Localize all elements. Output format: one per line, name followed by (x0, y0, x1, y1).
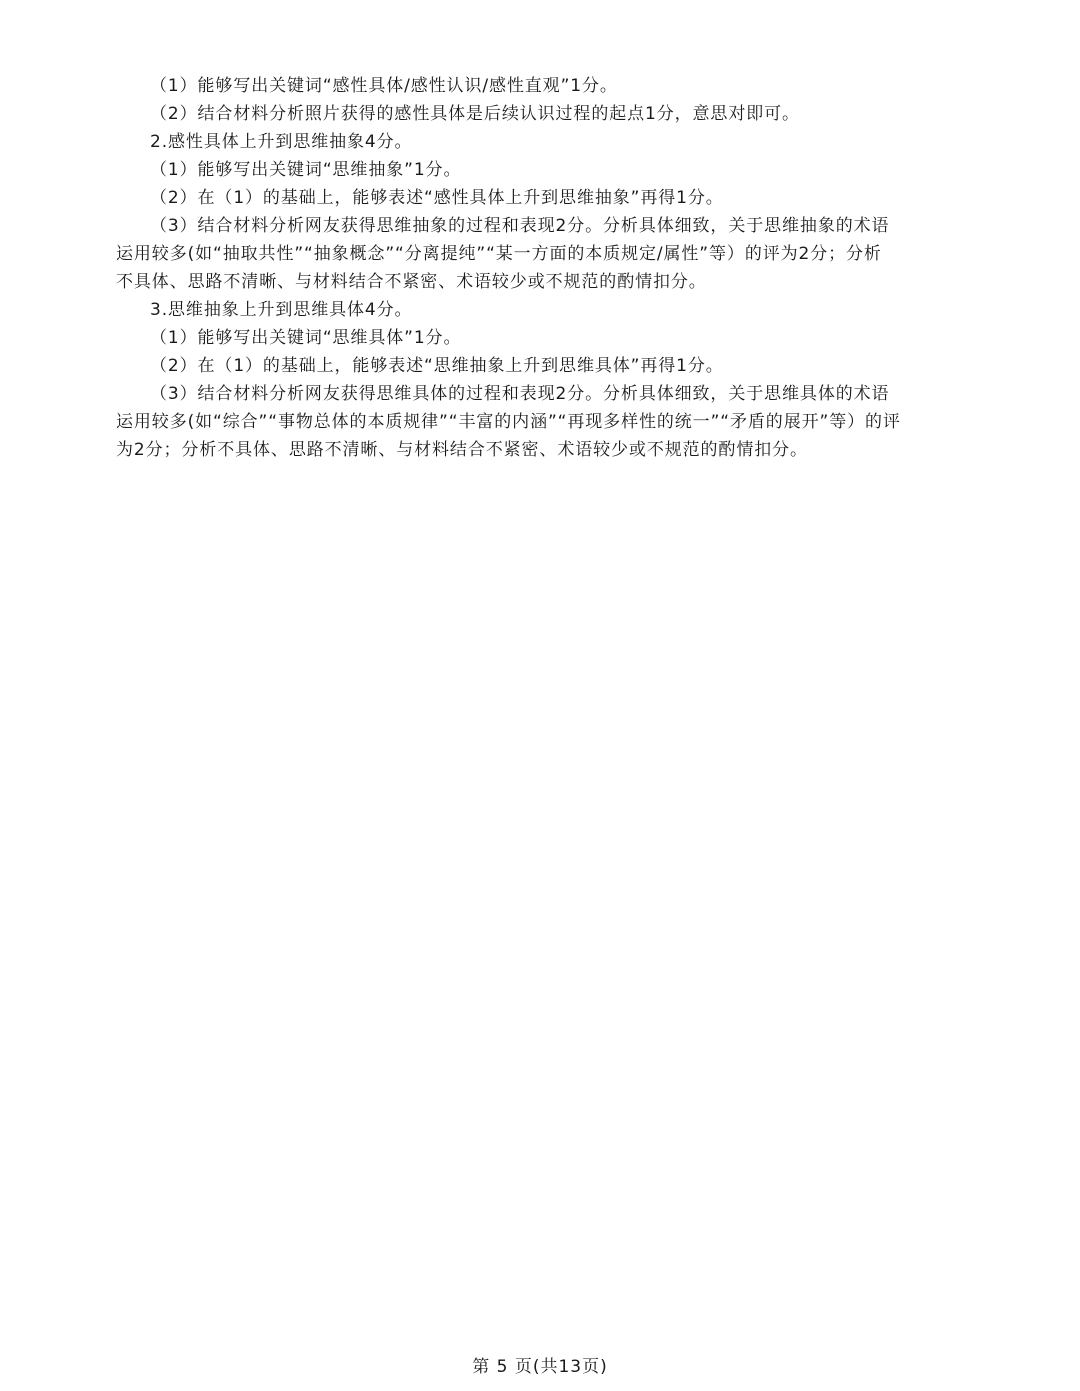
criterion-3-2: （2）在（1）的基础上，能够表述“思维抽象上升到思维具体”再得1分。 (116, 352, 966, 380)
criterion-1-1: （1）能够写出关键词“感性具体/感性认识/感性直观”1分。 (116, 72, 966, 100)
criterion-2-3-paragraph: （3）结合材料分析网友获得思维抽象的过程和表现2分。分析具体细致，关于思维抽象的… (116, 212, 966, 296)
criterion-2-3-line-1: （3）结合材料分析网友获得思维抽象的过程和表现2分。分析具体细致，关于思维抽象的… (116, 212, 966, 240)
document-page: （1）能够写出关键词“感性具体/感性认识/感性直观”1分。 （2）结合材料分析照… (0, 0, 1080, 1391)
criterion-3-1: （1）能够写出关键词“思维具体”1分。 (116, 324, 966, 352)
criterion-2-1: （1）能够写出关键词“思维抽象”1分。 (116, 156, 966, 184)
section-3-heading: 3.思维抽象上升到思维具体4分。 (116, 296, 966, 324)
criterion-3-3-paragraph: （3）结合材料分析网友获得思维具体的过程和表现2分。分析具体细致，关于思维具体的… (116, 380, 966, 464)
criterion-2-3-line-2: 运用较多(如“抽取共性”“抽象概念”“分离提纯”“某一方面的本质规定/属性”等）… (116, 240, 966, 268)
criterion-2-2: （2）在（1）的基础上，能够表述“感性具体上升到思维抽象”再得1分。 (116, 184, 966, 212)
criterion-3-3-line-2: 运用较多(如“综合”“事物总体的本质规律”“丰富的内涵”“再现多样性的统一”“矛… (116, 408, 966, 436)
scoring-criteria: （1）能够写出关键词“感性具体/感性认识/感性直观”1分。 （2）结合材料分析照… (116, 72, 966, 464)
criterion-2-3-line-3: 不具体、思路不清晰、与材料结合不紧密、术语较少或不规范的酌情扣分。 (116, 268, 966, 296)
criterion-1-2: （2）结合材料分析照片获得的感性具体是后续认识过程的起点1分，意思对即可。 (116, 100, 966, 128)
section-2-heading: 2.感性具体上升到思维抽象4分。 (116, 128, 966, 156)
criterion-3-3-line-1: （3）结合材料分析网友获得思维具体的过程和表现2分。分析具体细致，关于思维具体的… (116, 380, 966, 408)
criterion-3-3-line-3: 为2分；分析不具体、思路不清晰、与材料结合不紧密、术语较少或不规范的酌情扣分。 (116, 436, 966, 464)
page-number: 第 5 页(共13页) (0, 1352, 1080, 1377)
